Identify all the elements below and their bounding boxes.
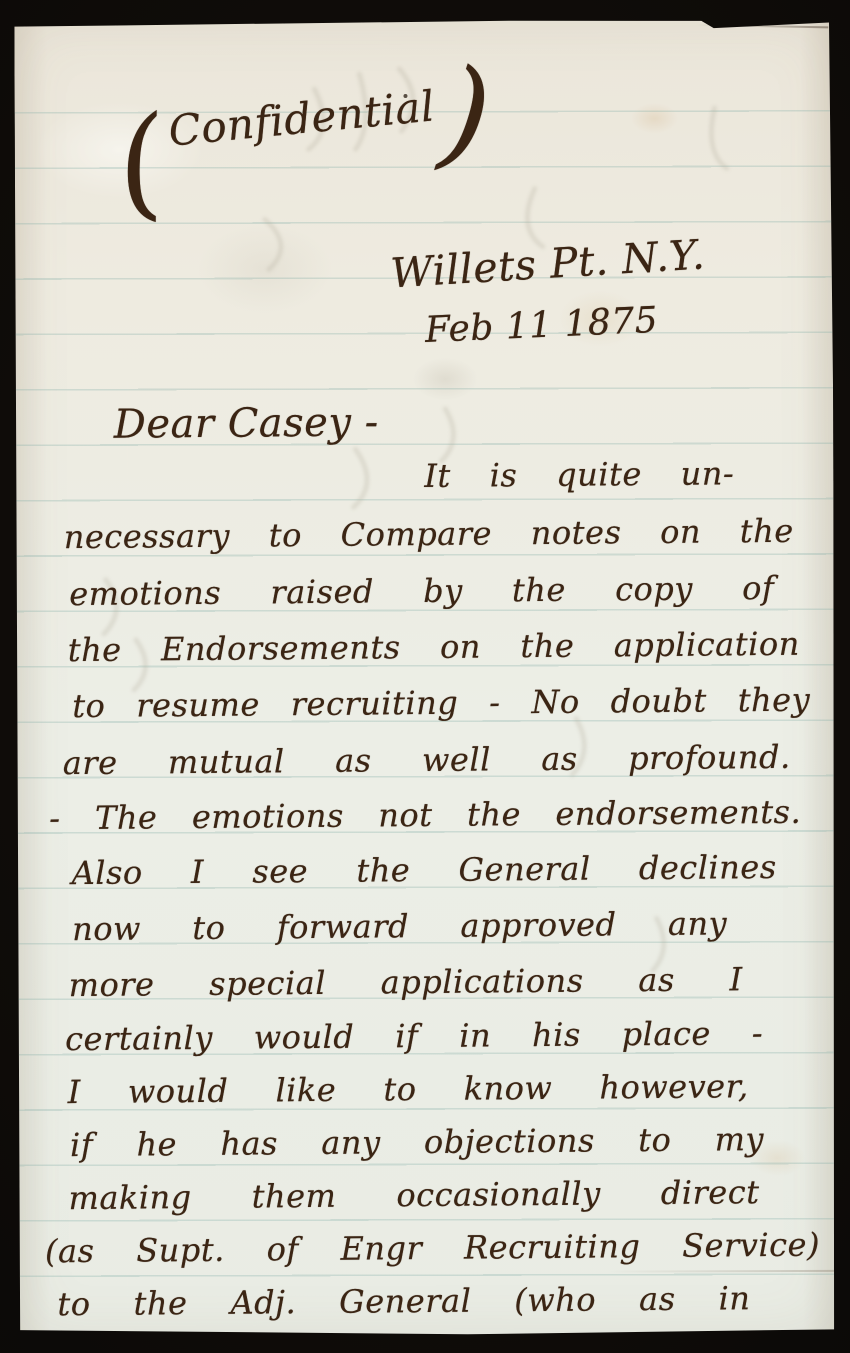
letter-body-line: making them occasionally direct — [68, 1176, 759, 1214]
letter-body-line: more special applications as I — [69, 963, 743, 1001]
letter-body-line: necessary to Compare notes on the — [64, 515, 794, 553]
letter-body-line: the Endorsements on the application — [68, 628, 800, 666]
place-dateline: Willets Pt. N.Y. — [389, 230, 706, 297]
letter-body-line: - The emotions not the endorsements. — [49, 796, 801, 835]
letter-body-line: are mutual as well as profound. — [63, 741, 791, 779]
letter-body-line: to resume recruiting - No doubt they — [72, 684, 810, 722]
confidential-word: Confidential — [167, 81, 437, 155]
open-paren: ( — [118, 160, 165, 169]
letter-body-line: now to forward approved any — [72, 907, 727, 945]
photograph-background: ( Confidential ) Willets Pt. N.Y. Feb 11… — [0, 0, 850, 1353]
letter-body-line: I would like to know however, — [67, 1070, 748, 1108]
confidential-heading: ( Confidential ) — [111, 92, 489, 166]
letter-body-line: It is quite un- — [424, 457, 734, 492]
letter-body-line: Also I see the General declines — [72, 851, 777, 889]
salutation-line: Dear Casey - — [114, 399, 379, 447]
date-line: Feb 11 1875 — [424, 300, 659, 351]
letter-body-line: emotions raised by the copy of — [69, 572, 774, 610]
letter-body-line: (as Supt. of Engr Recruiting Service) — [45, 1229, 820, 1268]
letter-body-line: certainly would if in his place - — [65, 1017, 763, 1055]
letter-page: ( Confidential ) Willets Pt. N.Y. Feb 11… — [14, 18, 835, 1338]
letter-body-line: to the Adj. General (who as in — [57, 1282, 750, 1320]
close-paren: ) — [443, 112, 490, 117]
letter-body-line: if he has any objections to my — [70, 1123, 764, 1161]
handwritten-text: ( Confidential ) Willets Pt. N.Y. Feb 11… — [10, 15, 839, 1340]
